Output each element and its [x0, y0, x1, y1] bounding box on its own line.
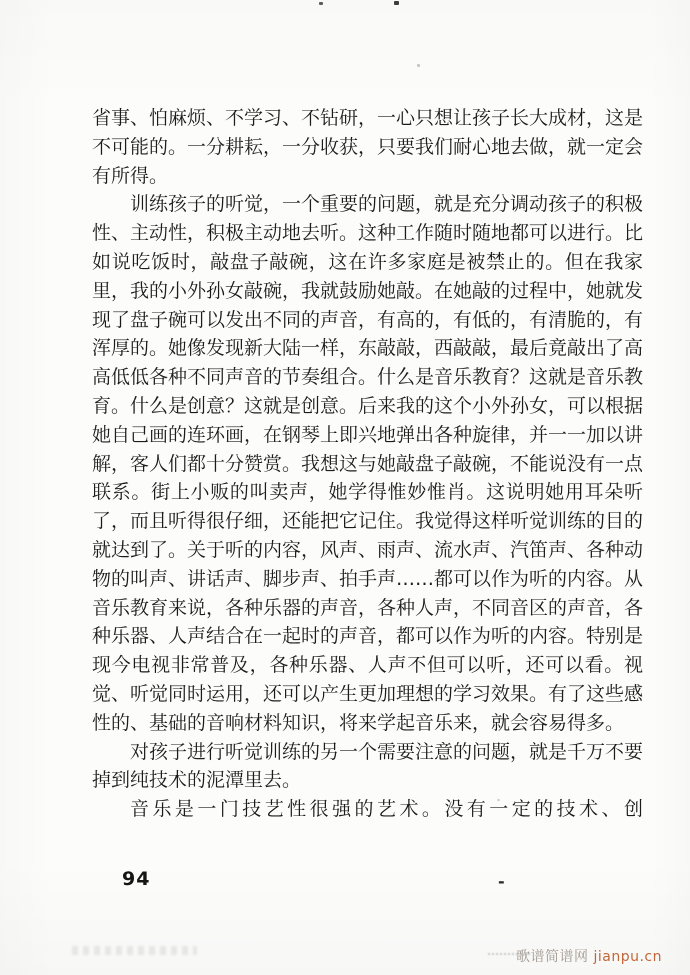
watermark: 歌谱简谱网 jianpu.cn	[516, 946, 662, 966]
scan-speck	[417, 64, 420, 67]
watermark-site-name: 歌谱简谱网	[516, 949, 589, 965]
paragraph: 对孩子进行听觉训练的另一个需要注意的问题，就是千万不要掉到纯技术的泥潭里去。	[92, 738, 643, 796]
paragraph: 训练孩子的听觉，一个重要的问题，就是充分调动孩子的积极性、主动性，积极主动地去听…	[92, 190, 643, 737]
scan-speck	[394, 1, 399, 5]
scan-artifact-dash: -	[498, 872, 505, 891]
page-body-text: 省事、怕麻烦、不学习、不钻研，一心只想让孩子长大成材，这是不可能的。一分耕耘，一…	[92, 104, 643, 824]
scan-speck	[319, 2, 323, 5]
scan-smudge-dots	[488, 953, 530, 955]
book-page: 省事、怕麻烦、不学习、不钻研，一心只想让孩子长大成材，这是不可能的。一分耕耘，一…	[0, 0, 690, 975]
paragraph: 省事、怕麻烦、不学习、不钻研，一心只想让孩子长大成材，这是不可能的。一分耕耘，一…	[92, 104, 643, 190]
scan-smudge	[72, 946, 197, 955]
page-number: 94	[122, 868, 150, 890]
scan-speck	[497, 799, 500, 801]
paragraph: 音乐是一门技艺性很强的艺术。没有一定的技术、创	[92, 795, 643, 824]
watermark-site-url: jianpu.cn	[593, 949, 662, 965]
